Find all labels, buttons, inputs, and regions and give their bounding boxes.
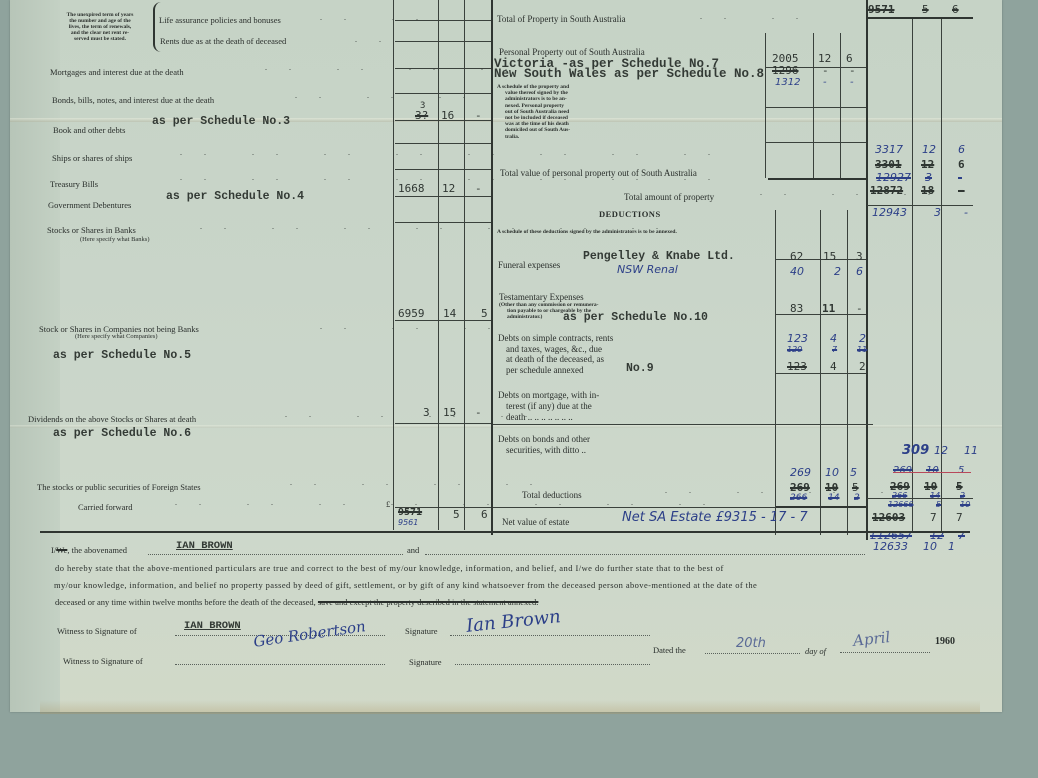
grid-line [395, 93, 491, 94]
mortgages-label: Mortgages and interest due at the death [50, 67, 184, 77]
simple-debts-pence-struck: 11 [857, 345, 867, 354]
text-line: Debts on bonds and other [498, 434, 590, 445]
text-line: securities, with ditto .. [498, 445, 590, 456]
testamentary-schedule: as per Schedule No.10 [563, 311, 708, 324]
witness-label-2: Witness to Signature of [63, 656, 143, 666]
outer-deductions-pounds-1: 269 [893, 465, 912, 476]
signature-line-2 [455, 664, 650, 665]
stocks-banks-label: Stocks or Shares in Banks [47, 225, 136, 235]
line3-struck: save and except the property described i… [318, 597, 538, 607]
text-line: death .. .. .. .. .. .. .. [498, 412, 599, 423]
total-deductions-pence-hand: 5 [850, 466, 857, 479]
book-debts-schedule: as per Schedule No.3 [152, 115, 290, 128]
total-out-hand-pounds: 3317 [875, 143, 903, 156]
nsw-pence: - [849, 64, 856, 77]
simple-debts-shillings-struck: 7 [832, 345, 837, 354]
day-line [705, 653, 800, 654]
grid-line [464, 0, 465, 530]
funeral-label: Funeral expenses [498, 260, 560, 270]
text-line: terest (if any) due at the [498, 401, 599, 412]
testamentary-pounds: 83 [790, 302, 803, 315]
life-assurance-label: Life assurance policies and bonuses [159, 15, 281, 25]
carried-forward-pounds-hand: 9561 [398, 518, 418, 527]
grid-line [395, 196, 491, 197]
dated-day: 20th [736, 636, 766, 651]
leader-dots: .. .. .. .. .. .. .. .. [180, 148, 732, 157]
text-line: at death of the deceased, as [498, 354, 613, 365]
testamentary-shillings: 11 [822, 302, 835, 315]
total-deductions-pounds-hand: 269 [790, 466, 811, 479]
nsw-pounds: 1296 [772, 64, 799, 77]
treasury-label: Treasury Bills [50, 179, 98, 189]
grid-line [765, 33, 766, 178]
red-strike [893, 472, 971, 473]
leader-dots: .. .. [700, 12, 820, 21]
simple-debts-schedule: No.9 [626, 362, 654, 375]
grid-line [395, 20, 491, 21]
total-out-shillings: 12 [921, 158, 934, 171]
note-line: nexed. Personal property [497, 103, 570, 109]
column-divider [491, 0, 493, 535]
net-value-shillings: 7 [930, 511, 937, 524]
nsw-shillings: - [822, 64, 829, 77]
simple-debts-pounds-struck: 120 [787, 345, 802, 354]
funeral-undertaker: Pengelley & Knabe Ltd. [583, 250, 735, 263]
month-line [840, 652, 930, 653]
dividends-pounds: 3 [423, 406, 430, 419]
line3-plain: deceased or any time within twelve month… [55, 597, 316, 607]
grid-line [395, 423, 491, 424]
total-sa-pence: 6 [952, 3, 959, 16]
personal-out-label: Personal Property out of South Australia [499, 47, 645, 57]
dated-label: Dated the [653, 645, 686, 655]
note-line: administrators is to be an- [497, 96, 570, 102]
simple-debts-pounds: 123 [787, 360, 807, 373]
dividends-shillings: 15 [443, 406, 456, 419]
total-amount-hand-pence-1: - [958, 171, 962, 184]
net-sa-estate-note: Net SA Estate £9315 - 17 - 7 [622, 510, 808, 525]
gov-pence: - [475, 182, 482, 195]
grid-line [395, 222, 491, 223]
stocks-banks-note: (Here specify what Banks) [80, 236, 150, 243]
carried-forward-label: Carried forward [78, 502, 133, 512]
grid-line [867, 498, 973, 499]
total-sa-label: Total of Property in South Australia [497, 14, 626, 24]
simple-debts-pence: 2 [859, 360, 866, 373]
declaration-line-1: do hereby state that the above-mentioned… [55, 563, 724, 573]
stocks-pence: 5 [481, 307, 488, 320]
grid-line [867, 17, 973, 19]
signature-label-2: Signature [409, 657, 442, 667]
pound-sign: £ [386, 499, 390, 509]
iwe-label: I/We, the abovenamed [51, 545, 127, 555]
rents-due-label: Rents due as at the death of deceased [160, 36, 286, 46]
and-label: and [407, 545, 419, 555]
net-value-label: Net value of estate [502, 517, 569, 527]
total-amount-label: Total amount of property [624, 192, 714, 202]
mortgage-debts-label: Debts on mortgage, with in- terest (if a… [498, 390, 599, 423]
book-debts-label: Book and other debts [53, 125, 125, 135]
text-line: and taxes, wages, &c., due [498, 344, 613, 355]
unexpired-note: The unexpired term of years the number a… [47, 12, 153, 42]
leader-dots: .. .. .. [320, 322, 512, 331]
bond-debts-pounds: 309 [902, 443, 929, 458]
grid-line [393, 0, 394, 530]
foreign-states-label: The stocks or public securities of Forei… [37, 482, 201, 492]
text-line: Debts on mortgage, with in- [498, 390, 599, 401]
simple-debts-label: Debts on simple contracts, rents and tax… [498, 333, 613, 375]
paper-edge-stain [40, 700, 980, 714]
stocks-companies-schedule: as per Schedule No.5 [53, 349, 191, 362]
total-deductions-label: Total deductions [522, 490, 582, 500]
total-amount-final-pounds: 12943 [872, 206, 907, 219]
dividends-schedule: as per Schedule No.6 [53, 427, 191, 440]
net-value-final-shillings: 10 [923, 540, 937, 553]
deductions-note: A schedule of these deductions signed by… [497, 229, 677, 235]
gov-shillings: 12 [442, 182, 455, 195]
testamentary-pence: - [856, 302, 863, 315]
leader-dots: .. [355, 35, 403, 44]
dated-year: 1960 [935, 636, 955, 647]
witness-of-name: IAN BROWN [184, 620, 241, 632]
grid-line [493, 507, 776, 508]
total-deductions-shillings-hand: 10 [825, 466, 839, 479]
total-out-hand-pence: 6 [958, 143, 965, 156]
total-deductions-shillings-struck: 14 [828, 493, 839, 503]
grid-line [840, 33, 841, 178]
outer-deductions-shillings-4: 5 [936, 500, 941, 509]
total-deductions-pence-struck: 2 [854, 493, 860, 503]
outer-deductions-pence-1: 5 [958, 465, 964, 476]
grid-line [776, 506, 866, 508]
deductions-heading: DEDUCTIONS [599, 209, 661, 219]
outer-deductions-shillings-1: 10 [926, 465, 939, 476]
simple-debts-shillings: 4 [830, 360, 837, 373]
note-line: tralia. [497, 134, 570, 140]
grid-line [395, 68, 491, 69]
total-amount-hand-shillings-1: 3 [925, 171, 932, 184]
funeral-pence: 3 [856, 250, 863, 263]
total-amount-hand-pounds-1: 12927 [876, 171, 911, 184]
grid-line [766, 142, 866, 143]
declaration-line-3: deceased or any time within twelve month… [55, 597, 538, 607]
declarant-name: IAN BROWN [176, 540, 233, 552]
dividends-pence: - [475, 406, 482, 419]
testamentary-label: Testamentary Expenses [499, 292, 584, 302]
grid-line [766, 107, 866, 108]
simple-debts-pence-hand: 2 [859, 332, 866, 345]
net-value-final-pence: 1 [948, 540, 955, 553]
nsw-shillings-hand: - [823, 77, 827, 88]
total-amount-pence: - [958, 184, 965, 197]
declaration-line-2: my/our knowledge, information, and belie… [54, 580, 757, 590]
funeral-pounds: 62 [790, 250, 803, 263]
funeral-hand-shillings: 2 [834, 265, 841, 278]
funeral-hand-note: NSW Renal [617, 263, 678, 276]
iwe-suffix: , the abovenamed [67, 545, 127, 555]
simple-debts-pounds-hand: 123 [787, 332, 808, 345]
table-bottom-border [40, 531, 970, 533]
ships-label: Ships or shares of ships [52, 153, 132, 163]
leader-dots: .. .. .. .. .. .. .. .. [175, 498, 727, 507]
bond-debts-pence: 11 [964, 444, 978, 457]
gov-debentures-label: Government Debentures [48, 200, 131, 210]
nsw-pounds-hand: 1312 [775, 77, 800, 88]
note-line: domiciled out of South Aus- [497, 127, 570, 133]
grid-line [813, 33, 814, 178]
total-out-label: Total value of personal property out of … [500, 168, 697, 178]
total-sa-pounds: 9571 [868, 3, 895, 16]
grid-line [776, 373, 866, 374]
stocks-companies-note: (Here specify what Companies) [75, 333, 158, 340]
note-line: served must be stated. [47, 36, 153, 42]
simple-debts-shillings-hand: 4 [830, 332, 837, 345]
funeral-shillings: 15 [823, 250, 836, 263]
total-deductions-pounds-struck: 266 [790, 493, 807, 503]
nsw-pence-hand: - [850, 77, 854, 88]
schedule-note: A schedule of the property and value the… [497, 84, 570, 140]
outer-deductions-pounds-4: 12666 [888, 500, 913, 509]
outer-deductions-pence-4: 10 [960, 500, 970, 509]
grid-line [493, 424, 873, 425]
net-value-pence: 7 [956, 511, 963, 524]
text-line: Debts on simple contracts, rents [498, 333, 613, 344]
second-name-line [425, 554, 865, 555]
grid-line [768, 178, 866, 180]
witness-label-1: Witness to Signature of [57, 626, 137, 636]
total-out-pounds: 3301 [875, 158, 902, 171]
gov-pounds: 1668 [398, 182, 425, 195]
total-amount-shillings: 18 [921, 184, 934, 197]
book-debts-pence: - [475, 109, 482, 122]
grid-line [395, 143, 491, 144]
day-of-label: day of [805, 646, 826, 656]
carried-forward-shillings: 5 [453, 508, 460, 521]
net-value-final-pounds: 12633 [873, 540, 908, 553]
grid-line [395, 169, 491, 170]
total-amount-pounds: 12872 [870, 184, 903, 197]
bond-debts-shillings: 12 [934, 444, 948, 457]
grid-line [438, 0, 439, 530]
nsw-schedule: New South Wales as per Schedule No.8 [494, 67, 764, 81]
grid-line [395, 320, 491, 321]
total-out-pence: 6 [958, 158, 965, 171]
total-amount-final-shillings: 3 [934, 206, 941, 219]
dividends-label: Dividends on the above Stocks or Shares … [28, 414, 196, 424]
funeral-hand-pence: 6 [856, 265, 863, 278]
name-line [148, 554, 403, 555]
bonds-label: Bonds, bills, notes, and interest due at… [52, 95, 214, 105]
book-debts-shillings: 16 [441, 109, 454, 122]
total-sa-shillings: 5 [922, 3, 929, 16]
total-amount-final-pence: - [964, 206, 968, 219]
text-line: per schedule annexed [498, 365, 613, 376]
grid-line [395, 41, 491, 42]
column-divider [866, 0, 868, 540]
stocks-shillings: 14 [443, 307, 456, 320]
carried-forward-pounds: 9571 [398, 507, 422, 518]
witness-line-2 [175, 664, 385, 665]
gov-debentures-schedule: as per Schedule No.4 [166, 190, 304, 203]
total-out-hand-shillings: 12 [922, 143, 936, 156]
signature-label-1: Signature [405, 626, 438, 636]
bond-debts-label: Debts on bonds and other securities, wit… [498, 434, 590, 456]
book-debts-pounds: 3? [415, 109, 428, 122]
net-value-pounds: 12603 [872, 511, 905, 524]
funeral-hand-pounds: 40 [790, 265, 804, 278]
iwe-struck: We [56, 545, 67, 555]
carried-forward-pence: 6 [481, 508, 488, 521]
stocks-pounds: 6959 [398, 307, 425, 320]
leader-dots: .. .. .. .. [290, 478, 554, 487]
